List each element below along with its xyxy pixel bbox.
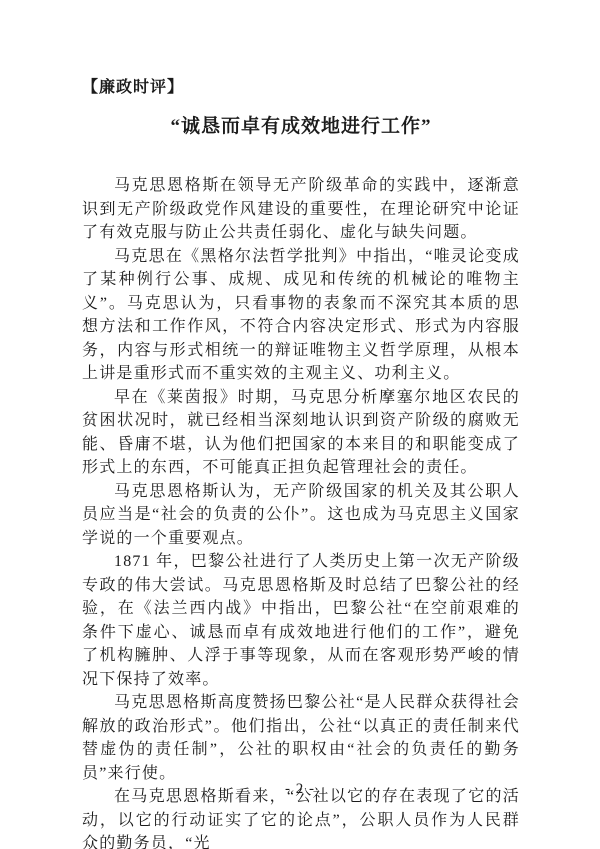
document-page: 【廉政时评】 “诚恳而卓有成效地进行工作” 马克思恩格斯在领导无产阶级革命的实践… <box>0 0 600 849</box>
body-paragraph: 马克思恩格斯高度赞扬巴黎公社“是人民群众获得社会解放的政治形式”。他们指出，公社… <box>82 691 520 785</box>
section-tag: 【廉政时评】 <box>82 78 520 97</box>
page-number: - 2 - <box>0 781 600 798</box>
body-paragraph: 1871 年，巴黎公社进行了人类历史上第一次无产阶级专政的伟大尝试。马克思恩格斯… <box>82 550 520 691</box>
body-paragraph: 马克思恩格斯认为，无产阶级国家的机关及其公职人员应当是“社会的负责的公仆”。这也… <box>82 480 520 551</box>
body-paragraph: 马克思恩格斯在领导无产阶级革命的实践中，逐渐意识到无产阶级政党作风建设的重要性，… <box>82 174 520 245</box>
body-paragraph: 早在《莱茵报》时期，马克思分析摩塞尔地区农民的贫困状况时，就已经相当深刻地认识到… <box>82 386 520 480</box>
document-content: 【廉政时评】 “诚恳而卓有成效地进行工作” 马克思恩格斯在领导无产阶级革命的实践… <box>0 0 600 849</box>
article-title: “诚恳而卓有成效地进行工作” <box>82 114 520 140</box>
article-body: 马克思恩格斯在领导无产阶级革命的实践中，逐渐意识到无产阶级政党作风建设的重要性，… <box>82 174 520 849</box>
body-paragraph: 马克思在《黑格尔法哲学批判》中指出，“唯灵论变成了某种例行公事、成规、成见和传统… <box>82 245 520 386</box>
